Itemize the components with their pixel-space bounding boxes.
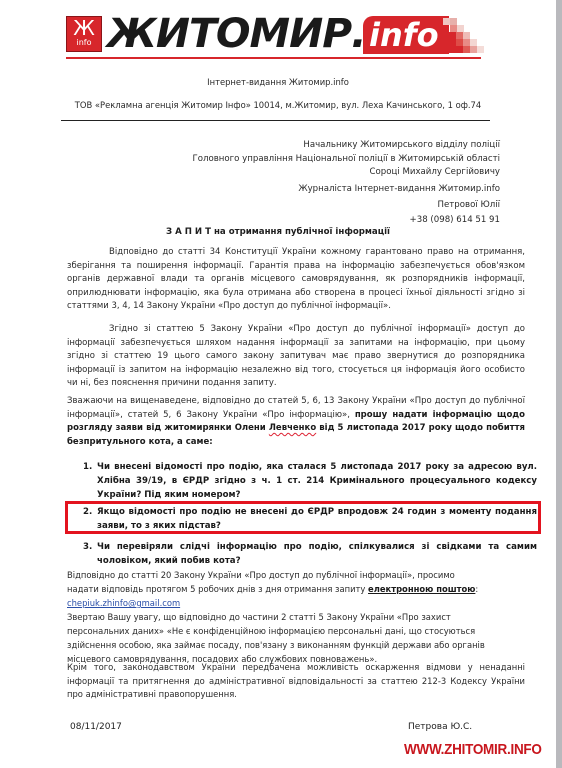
site-logo: Ж info ЖИТОМИР. info xyxy=(66,12,476,60)
header-divider xyxy=(61,120,490,121)
privacy-notice: Звертаю Вашу увагу, що відповідно до час… xyxy=(67,610,507,666)
question-3: 3.Чи перевіряли слідчі інформацію про по… xyxy=(83,540,537,568)
company-address: ТОВ «Рекламна агенція Житомир Інфо» 1001… xyxy=(0,100,556,110)
appeal-notice: Крім того, законодавством України передб… xyxy=(67,661,525,702)
publication-name: Інтернет-видання Житомир.info xyxy=(0,77,556,87)
response-request: Відповідно до статті 20 Закону України «… xyxy=(67,568,487,596)
question-text: Чи внесені відомості про подію, яка стал… xyxy=(97,462,537,500)
logo-badge-sub: info xyxy=(67,39,101,47)
question-2: 2.Якщо відомості про подію не внесені до… xyxy=(83,505,537,533)
question-1: 1.Чи внесені відомості про подію, яка ст… xyxy=(83,460,537,502)
sender-block: Журналіста Інтернет-видання Житомир.info… xyxy=(298,182,500,229)
title-subject: на отримання публічної інформації xyxy=(211,227,390,237)
response-method: електронною поштою xyxy=(368,584,475,594)
logo-wordmark: ЖИТОМИР. xyxy=(107,10,366,58)
document-title: З А П И Т на отримання публічної інформа… xyxy=(0,227,556,237)
logo-badge-icon: Ж info xyxy=(66,16,102,52)
addressee-line-1: Начальнику Житомирського відділу поліції xyxy=(192,139,500,153)
document-date: 08/11/2017 xyxy=(70,722,122,732)
addressee-block: Начальнику Житомирського відділу поліції… xyxy=(192,139,500,180)
title-request: З А П И Т xyxy=(166,227,211,237)
sender-line-1: Журналіста Інтернет-видання Житомир.info xyxy=(298,182,500,198)
question-number: 2. xyxy=(83,505,97,519)
question-text: Чи перевіряли слідчі інформацію про поді… xyxy=(97,542,537,566)
logo-underline xyxy=(66,57,481,59)
paragraph-request: Зважаючи на вищенаведене, відповідно до … xyxy=(67,395,525,449)
paragraph-law-article-5: Згідно зі статтею 5 Закону України «Про … xyxy=(67,323,525,391)
sender-line-2: Петрової Юлії xyxy=(298,198,500,214)
question-number: 1. xyxy=(83,460,97,474)
scrollbar[interactable] xyxy=(556,0,562,768)
addressee-line-3: Сороці Михайлу Сергійовичу xyxy=(192,166,500,180)
paragraph-constitution: Відповідно до статті 34 Конституції Укра… xyxy=(67,246,525,314)
email-line: chepiuk.zhinfo@gmail.com xyxy=(67,596,537,610)
request-name: Левченко xyxy=(269,423,316,433)
question-text: Якщо відомості про подію не внесені до Є… xyxy=(97,507,537,531)
email-link[interactable]: chepiuk.zhinfo@gmail.com xyxy=(67,598,180,608)
response-colon: : xyxy=(475,584,478,594)
logo-suffix: info xyxy=(363,16,449,54)
signature: Петрова Ю.С. xyxy=(408,722,472,732)
question-number: 3. xyxy=(83,540,97,554)
site-watermark: WWW.ZHITOMIR.INFO xyxy=(404,741,542,758)
addressee-line-2: Головного управління Національної поліці… xyxy=(192,153,500,167)
logo-badge-glyph: Ж xyxy=(67,17,101,39)
